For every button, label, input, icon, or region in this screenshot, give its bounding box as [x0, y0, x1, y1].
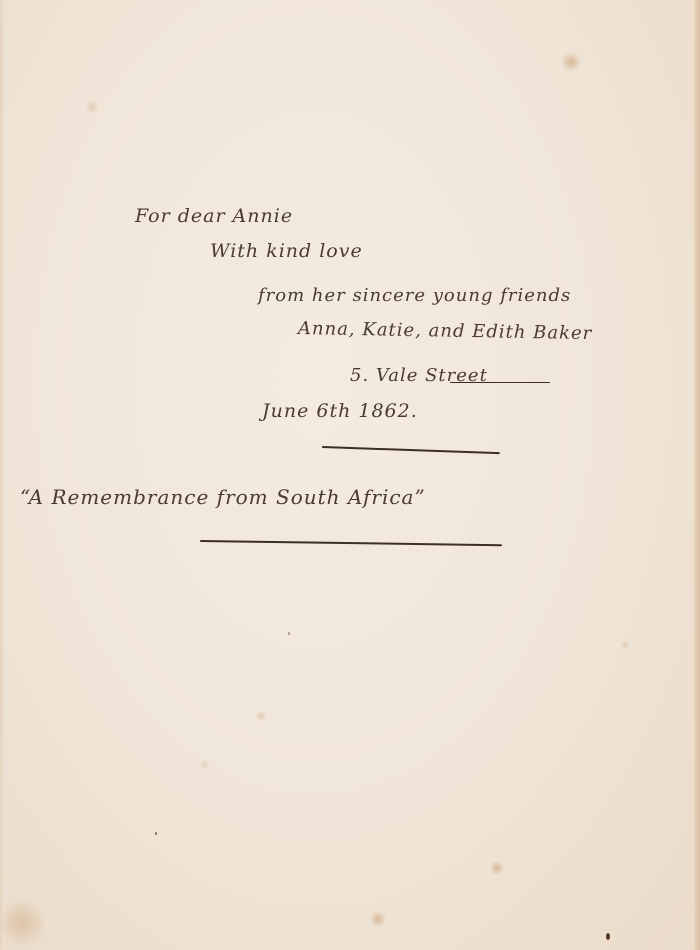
foxing-spot	[560, 52, 582, 72]
foxing-spot	[0, 895, 45, 950]
inscription-page: For dear Annie With kind love from her s…	[0, 0, 700, 950]
inscription-names: Anna, Katie, and Edith Baker	[298, 318, 593, 344]
date-underline	[322, 446, 500, 454]
inscription-from-line: from her sincere young friends	[258, 285, 571, 306]
inscription-sentiment: With kind love	[210, 240, 363, 262]
title-underline	[200, 540, 502, 546]
ink-speck	[288, 632, 290, 635]
page-right-edge	[694, 0, 700, 950]
remembrance-title: “A Remembrance from South Africa”	[20, 485, 426, 509]
foxing-spot	[620, 640, 630, 650]
inscription-greeting: For dear Annie	[135, 205, 293, 227]
foxing-spot	[255, 710, 267, 722]
address-rule	[450, 382, 550, 383]
page-left-edge	[0, 0, 5, 950]
ink-speck	[606, 933, 610, 940]
foxing-spot	[85, 100, 99, 114]
foxing-spot	[370, 910, 386, 928]
foxing-spot	[200, 760, 210, 770]
foxing-spot	[490, 860, 504, 876]
ink-speck	[155, 832, 157, 835]
inscription-date: June 6th 1862.	[262, 400, 418, 422]
